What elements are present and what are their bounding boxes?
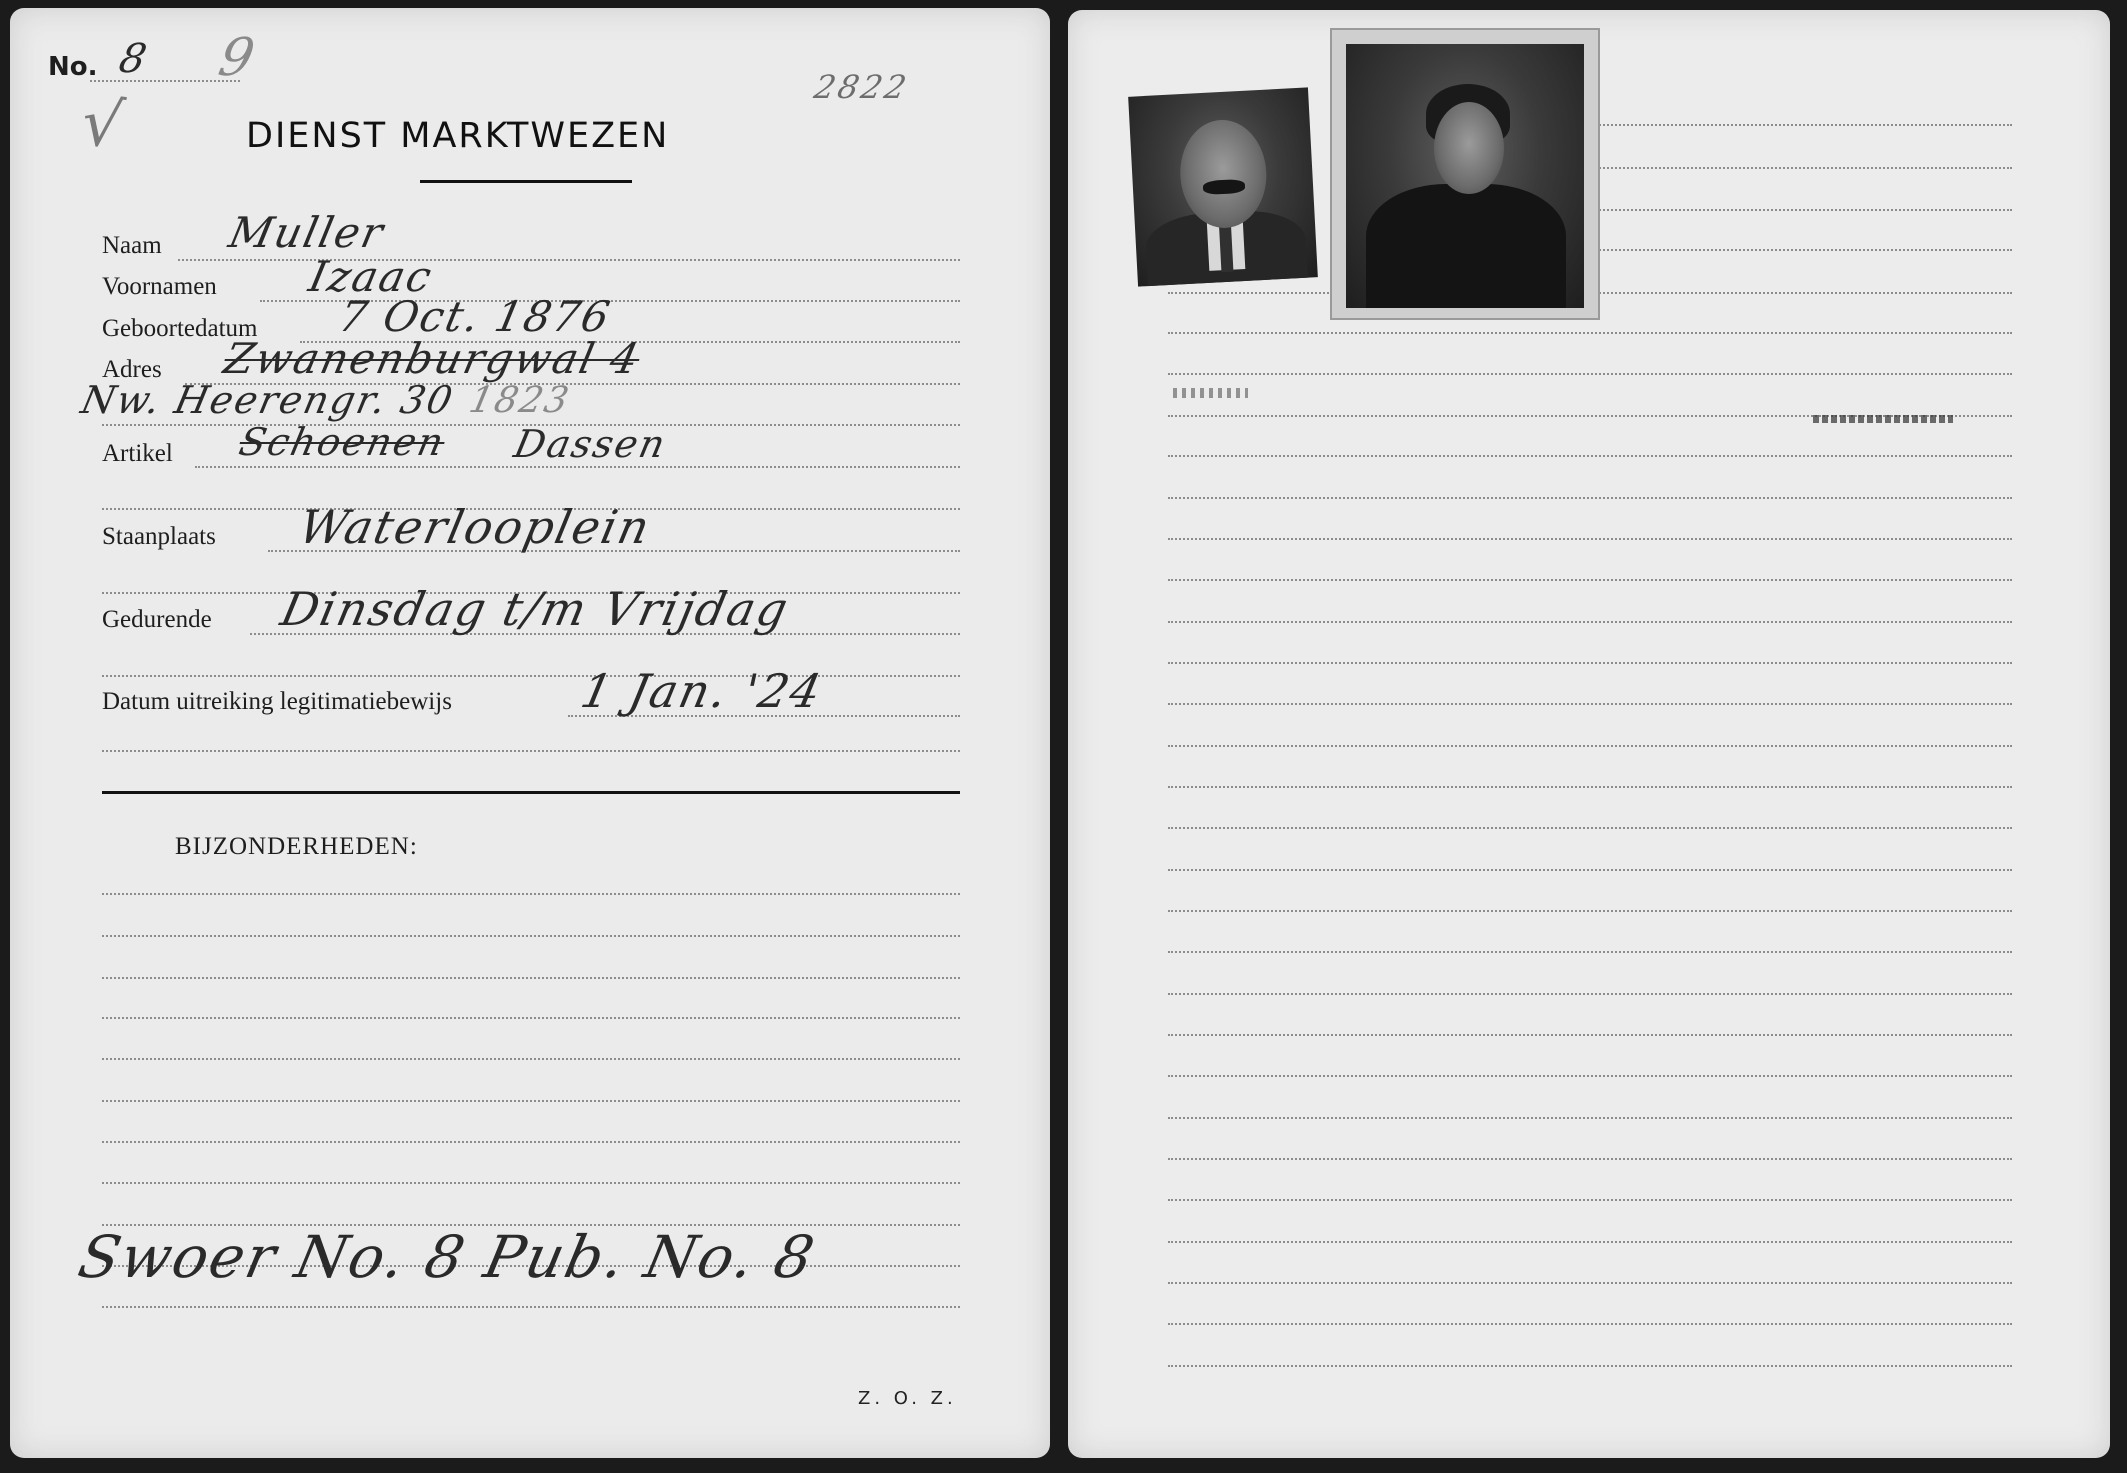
section-heading-bijzonderheden: BIJZONDERHEDEN: (175, 833, 418, 861)
back-line (1168, 1075, 2012, 1077)
photo-woman-face (1434, 102, 1504, 194)
field-label-naam: Naam (102, 232, 162, 260)
notes-handwritten: Swoer No. 8 Pub. No. 8 (73, 1223, 822, 1291)
field-value-adres-faint: 1823 (466, 380, 574, 421)
notes-line (102, 1182, 960, 1184)
stamp-number: 2822 (811, 68, 913, 106)
field-line-artikel (195, 466, 960, 468)
field-value-adres-struck: Zwanenburgwal 4 (220, 334, 645, 383)
back-line (1168, 951, 2012, 953)
field-line-naam (178, 259, 960, 261)
back-line (1168, 662, 2012, 664)
notes-line (102, 1100, 960, 1102)
back-line (1168, 745, 2012, 747)
back-line (1168, 538, 2012, 540)
check-mark-icon: √ (77, 85, 130, 164)
back-line (1168, 1117, 2012, 1119)
field-label-artikel: Artikel (102, 440, 173, 468)
footer-zoz: Z. O. Z. (858, 1388, 957, 1409)
back-line (1168, 621, 2012, 623)
field-label-voornamen: Voornamen (102, 273, 217, 301)
photo-woman (1346, 44, 1584, 308)
notes-line (102, 893, 960, 895)
back-line (1168, 455, 2012, 457)
field-label-datum-uitreiking: Datum uitreiking legitimatiebewijs (102, 688, 452, 716)
field-value-gedurende: Dinsdag t/m Vrijdag (276, 582, 794, 636)
back-line (1168, 1034, 2012, 1036)
back-line (1168, 1323, 2012, 1325)
illegible-smudge (1173, 388, 1248, 398)
back-line (1168, 703, 2012, 705)
back-line (1168, 869, 2012, 871)
number-value: 8 (115, 36, 152, 82)
field-value-artikel: Dassen (510, 422, 670, 466)
notes-line (102, 1058, 960, 1060)
notes-line (102, 1306, 960, 1308)
back-line (1168, 1199, 2012, 1201)
back-line (1168, 1282, 2012, 1284)
number-label: No. (48, 52, 98, 82)
field-line-spacer-4 (102, 750, 960, 752)
photo-woman-dress (1366, 184, 1566, 308)
back-line (1168, 993, 2012, 995)
number-value-extra: 9 (214, 28, 262, 88)
field-value-datum-uitreiking: 1 Jan. '24 (576, 664, 827, 718)
field-line-spacer-3 (102, 675, 960, 677)
title-underline (420, 180, 632, 183)
photo-man (1128, 87, 1318, 286)
section-divider (102, 791, 960, 794)
registration-card-front: No. 8 9 √ 2822 DIENST MARKTWEZEN Naam Mu… (10, 8, 1050, 1458)
back-line (1168, 579, 2012, 581)
card-title: DIENST MARKTWEZEN (246, 116, 669, 156)
field-label-gedurende: Gedurende (102, 606, 212, 634)
notes-line (102, 935, 960, 937)
field-value-naam: Muller (225, 208, 389, 257)
illegible-smudge (1813, 415, 1953, 423)
back-line (1168, 827, 2012, 829)
back-line (1168, 910, 2012, 912)
notes-line (102, 977, 960, 979)
photo-man-tie (1219, 227, 1233, 273)
back-line (1168, 497, 2012, 499)
back-line (1168, 332, 2012, 334)
field-value-adres-2: Nw. Heerengr. 30 (77, 378, 458, 422)
back-line (1168, 373, 2012, 375)
back-line (1168, 1365, 2012, 1367)
registration-card-back (1068, 10, 2110, 1458)
back-line (1168, 786, 2012, 788)
notes-line (102, 1017, 960, 1019)
field-label-staanplaats: Staanplaats (102, 523, 216, 551)
back-line (1168, 1241, 2012, 1243)
field-value-staanplaats: Waterlooplein (294, 500, 656, 554)
notes-line (102, 1141, 960, 1143)
field-value-artikel-struck: Schoenen (235, 420, 449, 464)
back-line (1168, 1158, 2012, 1160)
